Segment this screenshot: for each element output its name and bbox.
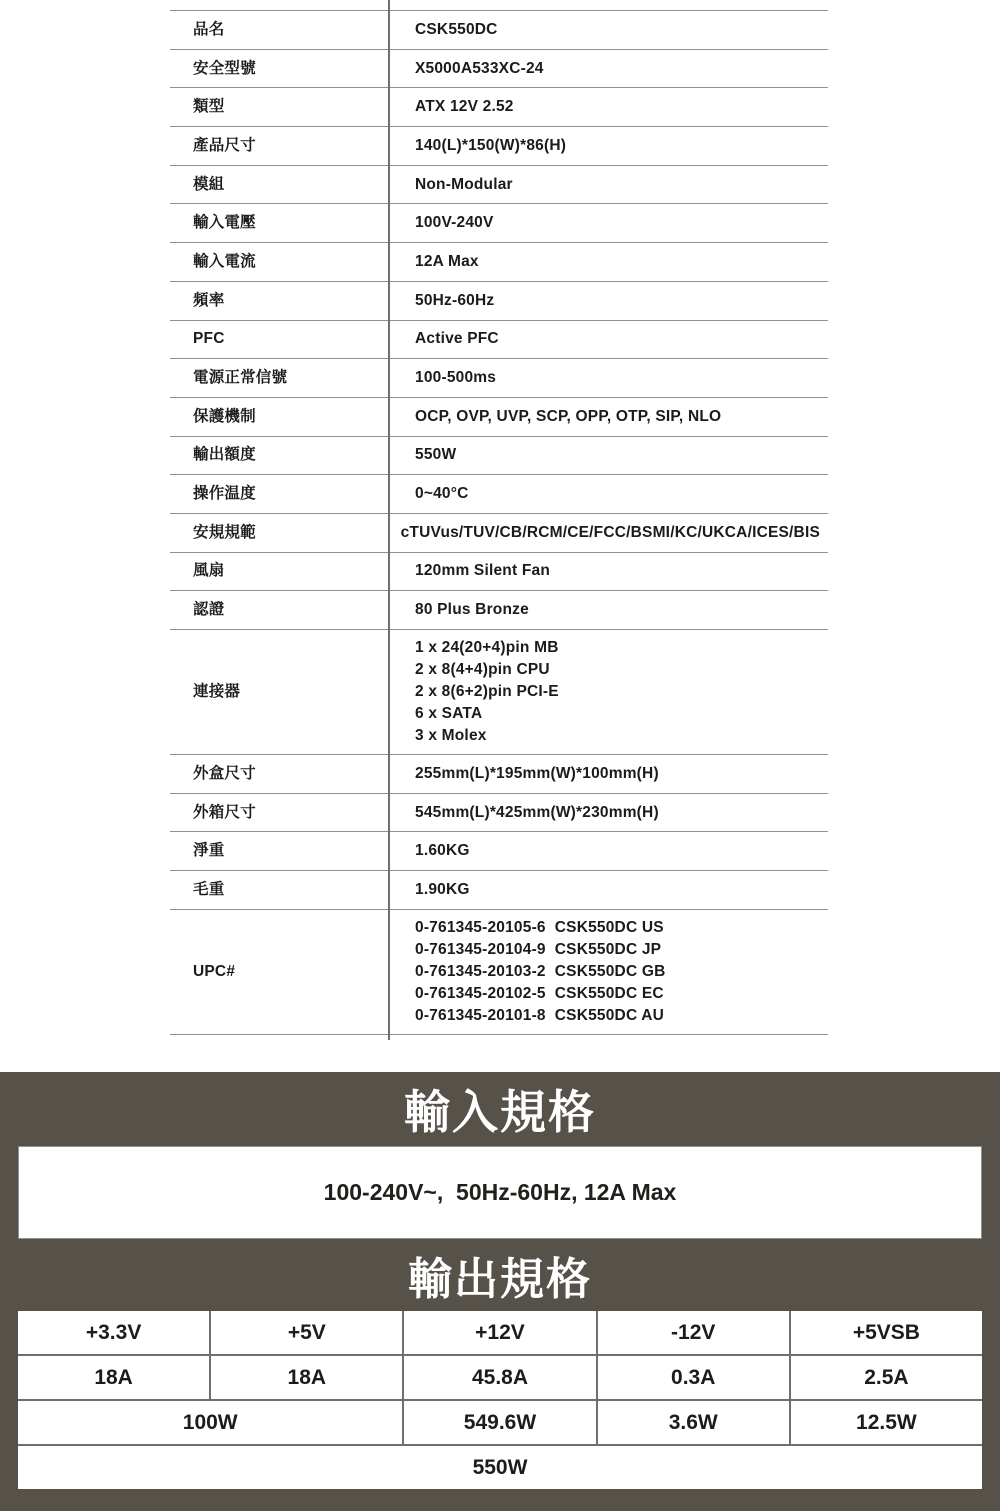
spec-row: 認證 80 Plus Bronze [170, 590, 828, 629]
spec-row-label: 連接器 [170, 630, 388, 754]
watt-cell: 3.6W [598, 1401, 789, 1444]
spec-row-value: 100V-240V [388, 204, 828, 242]
spec-row: 連接器 1 x 24(20+4)pin MB2 x 8(4+4)pin CPU2… [170, 629, 828, 754]
spec-row-value: 1.90KG [388, 871, 828, 909]
total-watt-cell: 550W [18, 1446, 982, 1489]
spec-row-value: ATX 12V 2.52 [388, 88, 828, 126]
spec-row: 安全型號 X5000A533XC-24 [170, 49, 828, 88]
spec-row-label: PFC [170, 321, 388, 359]
spec-row-label: 保護機制 [170, 398, 388, 436]
spec-row-value: 0~40°C [388, 475, 828, 513]
spec-row-value: 0-761345-20105-6 CSK550DC US0-761345-201… [388, 910, 828, 1034]
spec-row-label: 操作温度 [170, 475, 388, 513]
spec-row: 電源正常信號 100-500ms [170, 358, 828, 397]
spec-row-label: 品名 [170, 11, 388, 49]
spec-row: 外箱尺寸 545mm(L)*425mm(W)*230mm(H) [170, 793, 828, 832]
spec-row: PFC Active PFC [170, 320, 828, 359]
amp-cell: 0.3A [598, 1356, 789, 1399]
spec-row: UPC# 0-761345-20105-6 CSK550DC US0-76134… [170, 909, 828, 1035]
spec-row-label: 模組 [170, 166, 388, 204]
spec-row-value: 255mm(L)*195mm(W)*100mm(H) [388, 755, 828, 793]
spec-row-label: 頻率 [170, 282, 388, 320]
rail-header-cell: -12V [598, 1311, 789, 1354]
spec-row-label: 安規規範 [170, 514, 374, 552]
input-spec-title: 輸入規格 [0, 1072, 1000, 1146]
spec-row-label: 外盒尺寸 [170, 755, 388, 793]
spec-row-value: 120mm Silent Fan [388, 553, 828, 591]
spec-row: 產品尺寸 140(L)*150(W)*86(H) [170, 126, 828, 165]
output-spec-table: +3.3V +5V +12V -12V +5VSB 18A 18A 45.8A … [18, 1311, 982, 1489]
rail-header-cell: +3.3V [18, 1311, 209, 1354]
spec-row-value: 1.60KG [388, 832, 828, 870]
spec-row-value: cTUVus/TUV/CB/RCM/CE/FCC/BSMI/KC/UKCA/IC… [374, 514, 828, 552]
spec-row-value: 545mm(L)*425mm(W)*230mm(H) [388, 794, 828, 832]
amp-cell: 45.8A [404, 1356, 595, 1399]
spec-row-value: Non-Modular [388, 166, 828, 204]
spec-row: 模組 Non-Modular [170, 165, 828, 204]
watt-cell-combined: 100W [18, 1401, 402, 1444]
spec-sheet-page: 品名 CSK550DC 安全型號 X5000A533XC-24 類型 ATX 1… [0, 0, 1000, 1511]
spec-row-label: 輸入電流 [170, 243, 388, 281]
input-spec-value-box: 100-240V~, 50Hz-60Hz, 12A Max [18, 1146, 982, 1239]
output-spec-title: 輸出規格 [0, 1239, 1000, 1311]
spec-row-value: 12A Max [388, 243, 828, 281]
spec-row-label: 輸出額度 [170, 437, 388, 475]
spec-row: 毛重 1.90KG [170, 870, 828, 909]
spec-row-label: 認證 [170, 591, 388, 629]
spec-row-value: 50Hz-60Hz [388, 282, 828, 320]
spec-row-value: X5000A533XC-24 [388, 50, 828, 88]
spec-row-label: UPC# [170, 910, 388, 1034]
spec-row-value: OCP, OVP, UVP, SCP, OPP, OTP, SIP, NLO [388, 398, 828, 436]
watt-cell: 12.5W [791, 1401, 982, 1444]
spec-row: 風扇 120mm Silent Fan [170, 552, 828, 591]
spec-row-label: 產品尺寸 [170, 127, 388, 165]
spec-row: 淨重 1.60KG [170, 831, 828, 870]
spec-row: 操作温度 0~40°C [170, 474, 828, 513]
product-spec-table: 品名 CSK550DC 安全型號 X5000A533XC-24 類型 ATX 1… [170, 0, 828, 1040]
spec-row: 類型 ATX 12V 2.52 [170, 87, 828, 126]
spec-row-label: 電源正常信號 [170, 359, 388, 397]
spec-row-label: 風扇 [170, 553, 388, 591]
spec-row-label: 安全型號 [170, 50, 388, 88]
spec-row-label: 淨重 [170, 832, 388, 870]
rail-header-cell: +5VSB [791, 1311, 982, 1354]
spec-row-label: 毛重 [170, 871, 388, 909]
column-divider [388, 0, 390, 1040]
spec-row: 保護機制 OCP, OVP, UVP, SCP, OPP, OTP, SIP, … [170, 397, 828, 436]
spec-row-value: 550W [388, 437, 828, 475]
spec-row: 輸入電流 12A Max [170, 242, 828, 281]
spec-row-label: 輸入電壓 [170, 204, 388, 242]
spec-row-value: Active PFC [388, 321, 828, 359]
spec-rows: 品名 CSK550DC 安全型號 X5000A533XC-24 類型 ATX 1… [170, 0, 828, 1035]
spec-row: 安規規範 cTUVus/TUV/CB/RCM/CE/FCC/BSMI/KC/UK… [170, 513, 828, 552]
specs-section: 輸入規格 100-240V~, 50Hz-60Hz, 12A Max 輸出規格 … [0, 1072, 1000, 1511]
spec-row: 外盒尺寸 255mm(L)*195mm(W)*100mm(H) [170, 754, 828, 793]
spec-row-value: 100-500ms [388, 359, 828, 397]
watt-cell: 549.6W [404, 1401, 595, 1444]
spec-row: 輸入電壓 100V-240V [170, 203, 828, 242]
spec-row-label: 類型 [170, 88, 388, 126]
rail-header-cell: +5V [211, 1311, 402, 1354]
spec-row-value: 140(L)*150(W)*86(H) [388, 127, 828, 165]
amp-cell: 18A [211, 1356, 402, 1399]
spec-row-value: 80 Plus Bronze [388, 591, 828, 629]
spec-row: 品名 CSK550DC [170, 10, 828, 49]
spec-row: 頻率 50Hz-60Hz [170, 281, 828, 320]
spec-row: 輸出額度 550W [170, 436, 828, 475]
spec-row-label: 外箱尺寸 [170, 794, 388, 832]
amp-cell: 18A [18, 1356, 209, 1399]
amp-cell: 2.5A [791, 1356, 982, 1399]
spec-row-value: CSK550DC [388, 11, 828, 49]
rail-header-cell: +12V [404, 1311, 595, 1354]
spec-row-value: 1 x 24(20+4)pin MB2 x 8(4+4)pin CPU2 x 8… [388, 630, 828, 754]
